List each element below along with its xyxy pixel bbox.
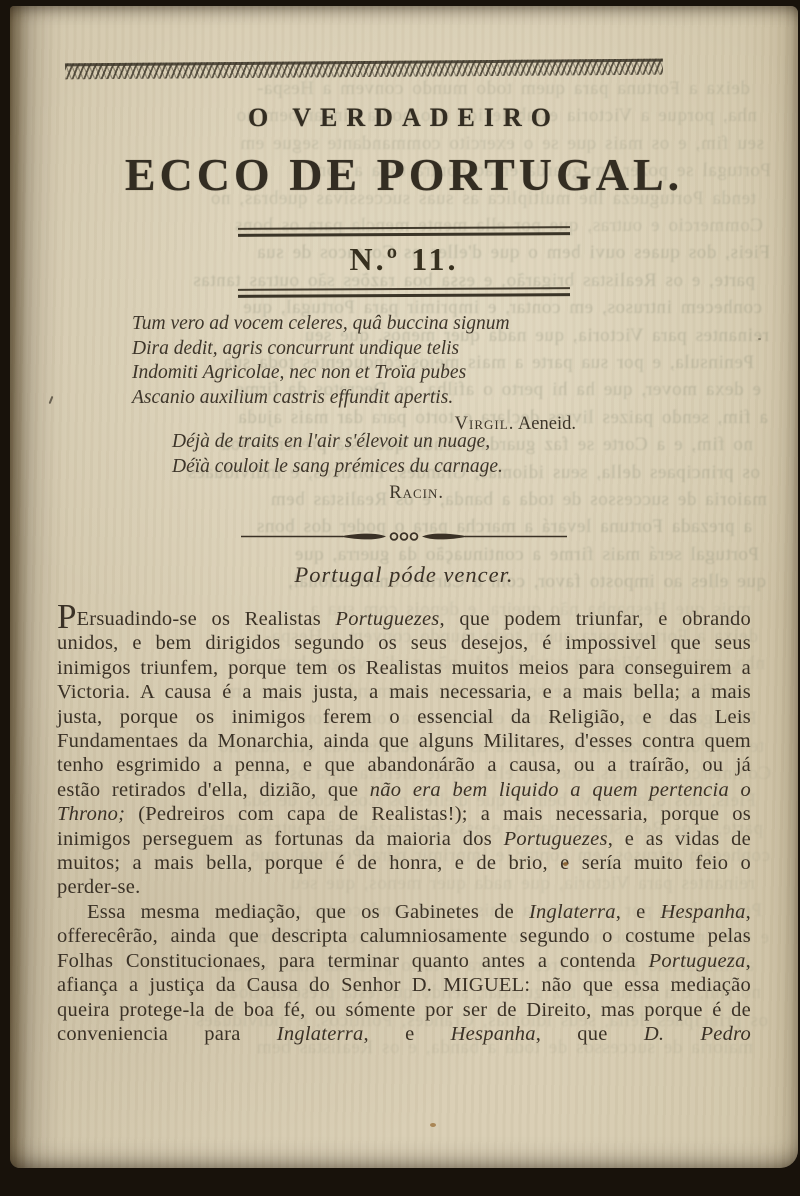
masthead-title-line2: ECCO DE PORTUGAL. <box>10 148 798 201</box>
french-attribution: Racin. <box>172 481 512 506</box>
article-body: PErsuadindo-se os Realistas Portuguezes,… <box>57 607 751 1046</box>
masthead-title-line1: O VERDADEIRO <box>10 103 798 133</box>
section-divider-ornament-icon <box>239 529 569 544</box>
margin-ink-mark <box>49 396 54 404</box>
drop-cap: P <box>57 597 76 636</box>
french-line: Déjà de traits en l'air s'élevoit un nua… <box>172 430 512 455</box>
attribution-author: Racin. <box>389 483 444 503</box>
double-rule-top <box>238 226 570 237</box>
bleedthrough-text: deixa a Fortuna para quem todo mundo con… <box>44 78 750 100</box>
epigraph-french: Déjà de traits en l'air s'élevoit un nua… <box>172 430 512 506</box>
paragraph-1-text: Ersuadindo-se os Realistas Portuguezes, … <box>57 608 751 898</box>
issue-number: N.º 11. <box>10 241 798 278</box>
latin-line: Indomiti Agricolae, nec non et Troïa pub… <box>132 361 582 386</box>
latin-line: Ascanio auxilium castris effundit aperti… <box>132 386 582 411</box>
paragraph-2: Essa mesma mediação, que os Gabinetes de… <box>57 900 751 1046</box>
latin-line: Dira dedit, agris concurrunt undique tel… <box>132 337 582 362</box>
french-line: Déïà couloit le sang prémices du carnage… <box>172 455 512 480</box>
epigraph-latin: Tum vero ad vocem celeres, quâ buccina s… <box>132 312 582 437</box>
scanned-page: deixa a Fortuna para quem todo mundo con… <box>10 6 798 1168</box>
paper-speck <box>758 338 761 340</box>
paper-speck <box>430 1123 436 1127</box>
double-rule-bottom <box>238 287 570 298</box>
attribution-work: Aeneid. <box>518 414 576 434</box>
latin-line: Tum vero ad vocem celeres, quâ buccina s… <box>132 312 582 337</box>
zigzag-border-ornament-icon <box>65 59 663 80</box>
article-title: Portugal póde vencer. <box>10 562 798 588</box>
paragraph-1: PErsuadindo-se os Realistas Portuguezes,… <box>57 607 751 900</box>
